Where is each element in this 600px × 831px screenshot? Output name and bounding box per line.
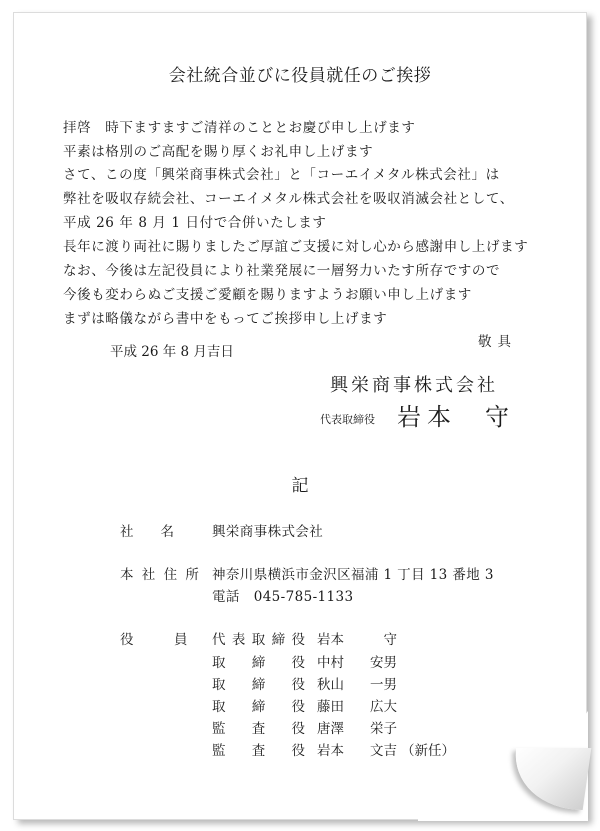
- role-char: 役: [292, 701, 306, 715]
- company-value: 興栄商事株式会社: [212, 526, 323, 540]
- role-char: 監: [212, 723, 226, 737]
- address-label: 本 社 住 所: [120, 569, 201, 583]
- officer-surname: 岩本: [317, 745, 357, 759]
- address-value: 神奈川県横浜市金沢区福浦 1 丁目 13 番地 3: [212, 569, 494, 583]
- body-line: なお、今後は左記役員により社業発展に一層努力いたす所存ですので: [63, 265, 500, 279]
- body-line: 拝啓 時下ますますご清祥のこととお慶び申し上げます: [63, 122, 416, 136]
- body-line: 平成 26 年 8 月 1 日付で合併いたします: [63, 217, 327, 231]
- role-char: 監: [212, 745, 226, 759]
- officer-given-name: 安男: [357, 657, 397, 671]
- role-char: 締: [272, 634, 286, 648]
- officer-given-name: 広大: [357, 701, 397, 715]
- role-char: 締: [252, 657, 266, 671]
- role-char: 締: [252, 701, 266, 715]
- sender-rep-surname: 岩本: [397, 405, 457, 429]
- body-line: 平素は格別のご高配を賜り厚くお礼申し上げます: [63, 146, 373, 160]
- role-char: 役: [292, 723, 306, 737]
- sender-company: 興栄商事株式会社: [330, 377, 498, 395]
- company-label: 社 名: [120, 526, 174, 540]
- officer-row: 取 締 役 藤田 広大: [212, 701, 397, 715]
- document-title: 会社統合並びに役員就任のご挨拶: [0, 68, 600, 85]
- role-char: 取: [212, 701, 226, 715]
- body-line: 弊社を吸収存続会社、コーエイメタル株式会社を吸収消滅会社として、: [63, 193, 514, 207]
- officer-row: 取 締 役 中村 安男: [212, 657, 397, 671]
- role-char: 役: [292, 657, 306, 671]
- role-char: 役: [292, 745, 306, 759]
- officer-given-name: 文吉: [357, 745, 397, 759]
- officer-surname: 唐澤: [317, 723, 357, 737]
- role-char: 役: [292, 679, 306, 693]
- officer-surname: 岩本: [317, 634, 357, 648]
- document-date: 平成 26 年 8 月吉日: [110, 346, 234, 360]
- role-char: 締: [252, 679, 266, 693]
- officer-given-name: 守: [357, 634, 397, 648]
- role-char: 代: [212, 634, 226, 648]
- role-char: 査: [252, 745, 266, 759]
- officer-row: 取 締 役 秋山 一男: [212, 679, 397, 693]
- body-line: 今後も変わらぬご支援ご愛顧を賜りますようお願い申し上げます: [63, 289, 472, 303]
- officer-surname: 秋山: [317, 679, 357, 693]
- sender-rep-given-name: 守: [485, 405, 509, 429]
- role-char: 取: [252, 634, 266, 648]
- body-line: 長年に渡り両社に賜りましたご厚誼ご支援に対し心から感謝申し上げます: [63, 241, 528, 255]
- role-char: 査: [252, 723, 266, 737]
- role-char: 取: [212, 679, 226, 693]
- role-char: 表: [232, 634, 246, 648]
- ki-heading: 記: [0, 478, 600, 495]
- officer-surname: 藤田: [317, 701, 357, 715]
- phone-value: 電話 045-785-1133: [212, 591, 354, 605]
- officers-label: 役 員: [120, 634, 188, 648]
- body-line: まずは略儀ながら書中をもってご挨拶申し上げます: [63, 313, 387, 327]
- officer-surname: 中村: [317, 657, 357, 671]
- sender-rep-title: 代表取締役: [320, 414, 375, 425]
- officer-row: 代 表 取 締 役 岩本 守: [212, 634, 397, 648]
- officer-given-name: 一男: [357, 679, 397, 693]
- officer-given-name: 栄子: [357, 723, 397, 737]
- closing-keigu: 敬具: [478, 336, 517, 350]
- officer-row: 監 査 役 唐澤 栄子: [212, 723, 397, 737]
- body-line: さて、この度「興栄商事株式会社」と「コーエイメタル株式会社」は: [63, 169, 500, 183]
- officer-note: （新任）: [401, 745, 455, 759]
- role-char: 取: [212, 657, 226, 671]
- officer-row: 監 査 役 岩本 文吉 （新任）: [212, 745, 455, 759]
- role-char: 役: [292, 634, 306, 648]
